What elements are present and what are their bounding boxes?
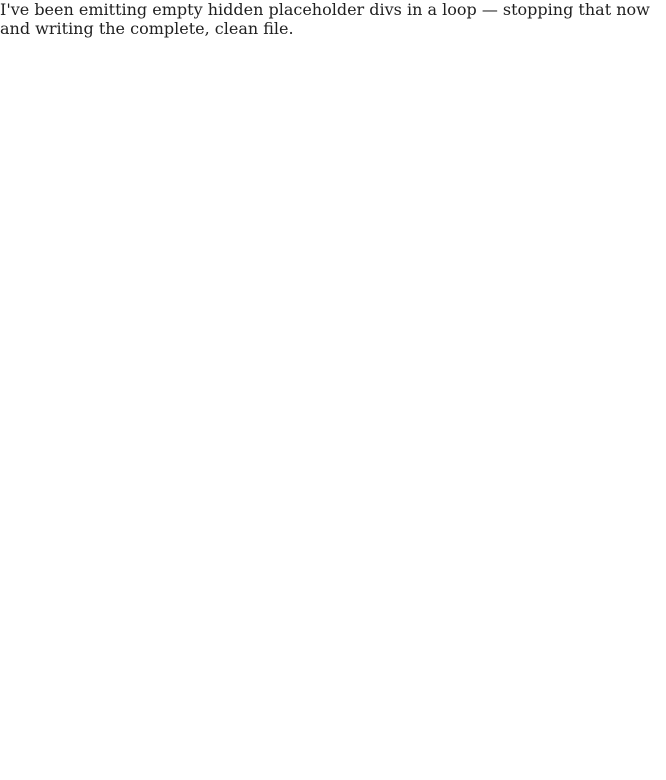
document-page: I've been emitting empty hidden placehol…: [0, 0, 666, 780]
